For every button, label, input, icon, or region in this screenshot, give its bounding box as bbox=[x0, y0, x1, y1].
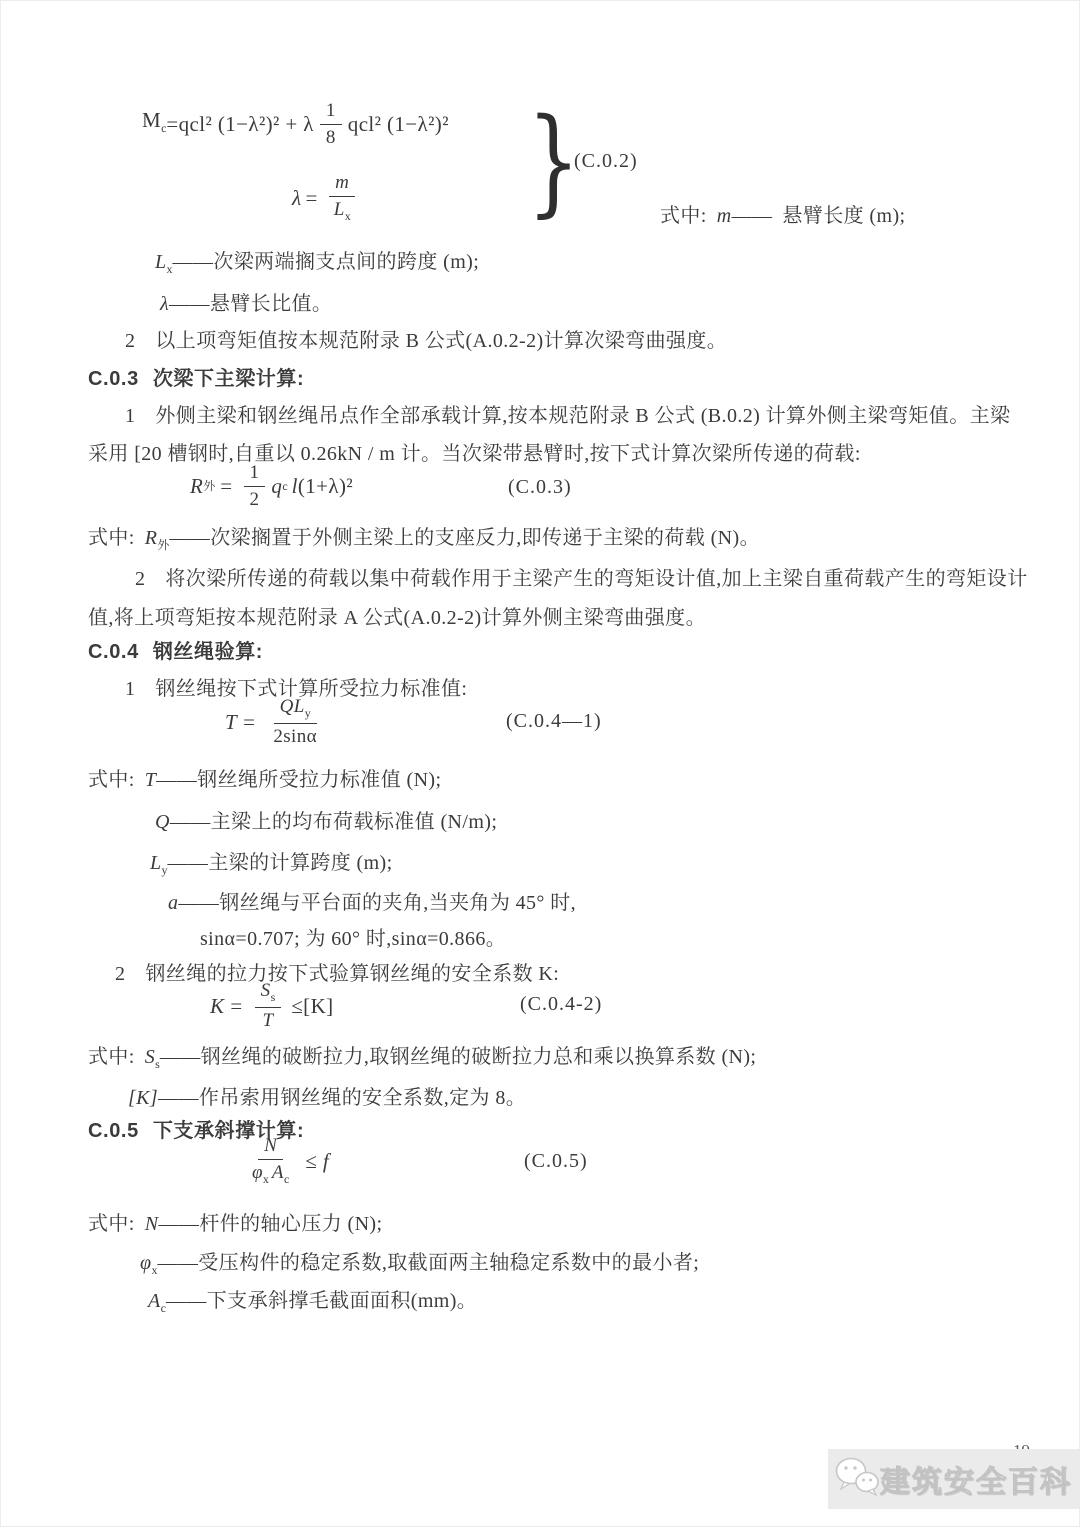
dash: —— bbox=[166, 1290, 207, 1312]
dash: —— bbox=[156, 769, 197, 791]
definition-text: sinα=0.707; 为 60° 时,sinα=0.866。 bbox=[200, 928, 506, 950]
wechat-icon bbox=[834, 1456, 880, 1503]
formula-label-c04-1: (C.0.4—1) bbox=[506, 710, 602, 733]
formula-label-c04-2: (C.0.4-2) bbox=[520, 993, 602, 1016]
definition-text: 受压构件的稳定系数,取截面两主轴稳定系数中的最小者; bbox=[198, 1252, 699, 1274]
item-number: 1 bbox=[125, 402, 135, 430]
definition-text: 悬臂长度 (m); bbox=[782, 205, 905, 227]
where-prefix: 式中: bbox=[88, 1043, 135, 1071]
fraction: mLx bbox=[328, 172, 357, 224]
paragraph-text: 外侧主梁和钢丝绳吊点作全部承载计算,按本规范附录 B 公式 (B.0.2) 计算… bbox=[155, 405, 1010, 427]
subscript: 外 bbox=[157, 538, 169, 552]
where-clause-c02: 式中:m——悬臂长度 (m); bbox=[660, 202, 905, 230]
formula-term: =qcl² (1−λ²)² + λ bbox=[166, 110, 313, 138]
where-clause-c03: 式中:R外——次梁搁置于外侧主梁上的支座反力,即传递于主梁的荷载 (N)。 bbox=[88, 524, 760, 559]
formula-c05: NφxAc ≤ f bbox=[240, 1135, 329, 1187]
symbol: N bbox=[145, 1213, 159, 1235]
definition-text: 作吊索用钢丝绳的安全系数,定为 8。 bbox=[199, 1087, 526, 1109]
symbol: λ bbox=[160, 293, 169, 315]
section-number: C.0.5 bbox=[88, 1117, 139, 1145]
right-brace: } bbox=[527, 104, 580, 220]
where-prefix: 式中: bbox=[88, 766, 135, 794]
definition-text: 杆件的轴心压力 (N); bbox=[199, 1213, 382, 1235]
definition-text: 次梁搁置于外侧主梁上的支座反力,即传递于主梁的荷载 (N)。 bbox=[210, 527, 760, 549]
section-heading-c03: C.0.3次梁下主梁计算: bbox=[88, 365, 304, 393]
dash: —— bbox=[732, 202, 773, 230]
definition-line: Lx——次梁两端搁支点间的跨度 (m); bbox=[155, 248, 479, 283]
definition-line: 式中:T——钢丝绳所受拉力标准值 (N); bbox=[88, 766, 441, 794]
dash: —— bbox=[160, 1046, 201, 1068]
symbol: φ bbox=[140, 1252, 151, 1274]
dash: —— bbox=[169, 527, 210, 549]
item-text: 以上项弯矩值按本规范附录 B 公式(A.0.2-2)计算次梁弯曲强度。 bbox=[155, 330, 727, 352]
formula-c04-2: K= SsT ≤[K] bbox=[210, 980, 334, 1032]
symbol: m bbox=[717, 205, 732, 227]
definition-text: 主梁的计算跨度 (m); bbox=[208, 852, 392, 874]
formula-c02-line1: Mc=qcl² (1−λ²)² + λ 18 qcl² (1−λ²)² bbox=[142, 100, 449, 149]
item-number: 2 bbox=[125, 327, 135, 355]
definition-text: 钢丝绳所受拉力标准值 (N); bbox=[197, 769, 441, 791]
dash: —— bbox=[178, 892, 219, 914]
where-prefix: 式中: bbox=[88, 1210, 135, 1238]
section-number: C.0.4 bbox=[88, 638, 139, 666]
symbol: R bbox=[145, 527, 158, 549]
dash: —— bbox=[170, 811, 211, 833]
item-number: 2 bbox=[115, 960, 125, 988]
dash: —— bbox=[157, 1252, 198, 1274]
item-number: 2 bbox=[135, 565, 145, 593]
symbol: L bbox=[155, 251, 167, 273]
formula-c03: R外= 12 qcl(1+λ)² bbox=[190, 462, 353, 511]
formula-c02-line2: λ= mLx bbox=[292, 172, 363, 224]
section-number: C.0.3 bbox=[88, 365, 139, 393]
symbol: S bbox=[145, 1046, 155, 1068]
definition-line: Q——主梁上的均布荷载标准值 (N/m); bbox=[155, 808, 497, 836]
definition-line: a——钢丝绳与平台面的夹角,当夹角为 45° 时, bbox=[168, 889, 576, 917]
definition-line: sinα=0.707; 为 60° 时,sinα=0.866。 bbox=[200, 925, 506, 953]
paragraph-line: 2将次梁所传递的荷载以集中荷载作用于主梁产生的弯矩设计值,加上主梁自重荷载产生的… bbox=[135, 565, 1028, 593]
formula-c04-1: T= QLy2sinα bbox=[225, 696, 329, 748]
subscript: c bbox=[282, 472, 287, 500]
document-page: Mc=qcl² (1−λ²)² + λ 18 qcl² (1−λ²)² λ= m… bbox=[0, 0, 1080, 1527]
section-title: 次梁下主梁计算: bbox=[153, 368, 304, 390]
subscript: s bbox=[271, 990, 276, 1004]
subscript: c bbox=[284, 1172, 289, 1186]
dash: —— bbox=[168, 852, 209, 874]
definition-line: 式中:Ss——钢丝绳的破断拉力,取钢丝绳的破断拉力总和乘以换算系数 (N); bbox=[88, 1043, 756, 1078]
symbol: L bbox=[150, 852, 162, 874]
fraction: 12 bbox=[244, 462, 266, 511]
item-number: 1 bbox=[125, 675, 135, 703]
symbol: a bbox=[168, 892, 178, 914]
subscript: 外 bbox=[203, 472, 215, 500]
paragraph-text: 钢丝绳的拉力按下式验算钢丝绳的安全系数 K: bbox=[145, 963, 559, 985]
dash: —— bbox=[173, 251, 214, 273]
section-title: 钢丝绳验算: bbox=[153, 641, 263, 663]
formula-label-c02: (C.0.2) bbox=[574, 150, 638, 173]
definition-text: 悬臂长比值。 bbox=[210, 293, 332, 315]
fraction: 18 bbox=[320, 100, 342, 149]
formula-term: qcl² (1−λ²)² bbox=[348, 110, 449, 138]
definition-text: 次梁两端搁支点间的跨度 (m); bbox=[213, 251, 479, 273]
symbol: A bbox=[148, 1290, 161, 1312]
subscript: x bbox=[345, 209, 351, 223]
symbol: [K] bbox=[128, 1087, 158, 1109]
watermark: 建筑安全百科 bbox=[828, 1449, 1080, 1509]
where-prefix: 式中: bbox=[88, 524, 135, 552]
subscript: y bbox=[305, 706, 311, 720]
comparison: ≤ f bbox=[305, 1147, 329, 1175]
fraction: NφxAc bbox=[246, 1135, 295, 1187]
subscript: x bbox=[263, 1172, 269, 1186]
definition-line: [K]——作吊索用钢丝绳的安全系数,定为 8。 bbox=[128, 1084, 526, 1112]
paragraph-line: 2钢丝绳的拉力按下式验算钢丝绳的安全系数 K: bbox=[115, 960, 559, 988]
definition-line: φx——受压构件的稳定系数,取截面两主轴稳定系数中的最小者; bbox=[140, 1249, 699, 1284]
definition-text: 钢丝绳与平台面的夹角,当夹角为 45° 时, bbox=[219, 892, 576, 914]
symbol: Q bbox=[155, 811, 170, 833]
definition-text: 下支承斜撑毛截面面积(mm)。 bbox=[207, 1290, 477, 1312]
definition-text: 主梁上的均布荷载标准值 (N/m); bbox=[211, 811, 498, 833]
fraction: SsT bbox=[255, 980, 282, 1032]
section-heading-c04: C.0.4钢丝绳验算: bbox=[88, 638, 263, 666]
definition-line: Ly——主梁的计算跨度 (m); bbox=[150, 849, 393, 884]
definition-line: Ac——下支承斜撑毛截面面积(mm)。 bbox=[148, 1287, 477, 1322]
formula-label-c05: (C.0.5) bbox=[524, 1150, 588, 1173]
brand-watermark-text: 建筑安全百科 bbox=[880, 1457, 1072, 1501]
paragraph-text: 将次梁所传递的荷载以集中荷载作用于主梁产生的弯矩设计值,加上主梁自重荷载产生的弯… bbox=[165, 568, 1027, 590]
comparison: ≤[K] bbox=[291, 992, 333, 1020]
dash: —— bbox=[169, 293, 210, 315]
definition-text: 钢丝绳的破断拉力,取钢丝绳的破断拉力总和乘以换算系数 (N); bbox=[201, 1046, 757, 1068]
formula-label-c03: (C.0.3) bbox=[508, 476, 572, 499]
dash: —— bbox=[159, 1213, 200, 1235]
definition-line: 式中:N——杆件的轴心压力 (N); bbox=[88, 1210, 382, 1238]
list-item: 2以上项弯矩值按本规范附录 B 公式(A.0.2-2)计算次梁弯曲强度。 bbox=[125, 327, 727, 355]
paragraph-text: 值,将上项弯矩按本规范附录 A 公式(A.0.2-2)计算外侧主梁弯曲强度。 bbox=[88, 607, 706, 629]
formula-term: Mc bbox=[142, 106, 166, 142]
fraction: QLy2sinα bbox=[267, 696, 323, 748]
definition-line: λ——悬臂长比值。 bbox=[160, 290, 332, 318]
symbol: T bbox=[145, 769, 157, 791]
dash: —— bbox=[158, 1087, 199, 1109]
formula-term: λ bbox=[292, 184, 302, 212]
paragraph-line: 值,将上项弯矩按本规范附录 A 公式(A.0.2-2)计算外侧主梁弯曲强度。 bbox=[88, 604, 706, 632]
paragraph-line: 1外侧主梁和钢丝绳吊点作全部承载计算,按本规范附录 B 公式 (B.0.2) 计… bbox=[125, 402, 1010, 430]
where-prefix: 式中: bbox=[660, 202, 707, 230]
